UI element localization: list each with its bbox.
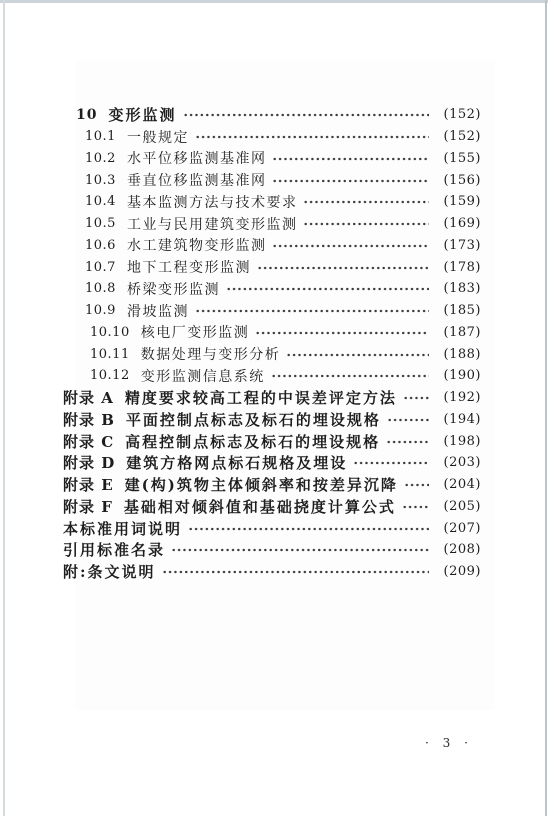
toc-entry: 本标准用词说明 (207) xyxy=(63,517,481,539)
dot-leader xyxy=(271,374,429,378)
toc-entry-title: 桥梁变形监测 xyxy=(127,279,220,299)
toc-entry-title: 精度要求较高工程的中误差评定方法 xyxy=(125,387,397,408)
toc-entry: 10.7 地下工程变形监测 (178) xyxy=(63,256,481,278)
toc-entry-page: (178) xyxy=(433,260,481,275)
toc-entry-number: 附录 F xyxy=(63,496,113,517)
toc-entry-number: 10.9 xyxy=(85,303,116,318)
toc-entry-page: (209) xyxy=(433,564,481,579)
toc-entry-number: 附录 C xyxy=(63,431,114,452)
toc-entry-page: (155) xyxy=(433,151,481,166)
toc-entry: 10.12 变形监测信息系统 (190) xyxy=(63,365,481,387)
toc-entry-title: 附:条文说明 xyxy=(63,561,156,582)
toc-entry: 10.8 桥梁变形监测 (183) xyxy=(63,278,481,300)
toc-entry-title: 建筑方格网点标石规格及埋设 xyxy=(126,452,347,473)
toc-entry-page: (173) xyxy=(433,238,481,253)
toc-entry: 10.2 水平位移监测基准网 (155) xyxy=(63,148,481,170)
toc-entry-page: (203) xyxy=(433,455,481,470)
toc-entry-number: 10.6 xyxy=(85,238,116,253)
toc-entry: 引用标准名录 (208) xyxy=(63,539,481,561)
dot-leader xyxy=(403,396,429,400)
toc-entry-number: 10.5 xyxy=(85,216,116,231)
toc-entry-number: 10.11 xyxy=(90,347,130,362)
toc-entry-page: (207) xyxy=(433,521,481,536)
toc-entry-title: 变形监测信息系统 xyxy=(141,366,265,386)
toc-entry: 10.1 一般规定 (152) xyxy=(63,126,481,148)
toc-entry-number: 10.7 xyxy=(85,260,116,275)
dot-leader xyxy=(226,287,429,291)
toc-entry-title: 水平位移监测基准网 xyxy=(127,148,267,168)
toc-entry: 10.3 垂直位移监测基准网 (156) xyxy=(63,169,481,191)
toc-entry-page: (169) xyxy=(433,216,481,231)
toc-entry: 10.10 核电厂变形监测 (187) xyxy=(63,322,481,344)
toc-entry: 附录 C 高程控制点标志及标石的埋设规格 (198) xyxy=(63,430,481,452)
dot-leader xyxy=(195,135,429,139)
toc-entry-page: (152) xyxy=(433,107,481,122)
toc-entry-title: 滑坡监测 xyxy=(127,301,189,321)
toc-entry: 附录 A 精度要求较高工程的中误差评定方法 (192) xyxy=(63,387,481,409)
toc-entry-number: 10 xyxy=(76,107,97,123)
toc-entry-number: 10.1 xyxy=(85,129,116,144)
toc-entry-title: 数据处理与变形分析 xyxy=(141,344,281,364)
toc-entry-number: 10.12 xyxy=(90,368,130,383)
toc-entry: 附:条文说明 (209) xyxy=(63,561,481,583)
dot-leader xyxy=(188,527,429,531)
toc-entry: 附录 E 建(构)筑物主体倾斜率和按差异沉降 (204) xyxy=(63,474,481,496)
toc-entry-number: 附录 A xyxy=(63,387,114,408)
dot-leader xyxy=(257,266,429,270)
toc-entry-title: 变形监测 xyxy=(108,104,176,125)
toc-entry: 10.9 滑坡监测 (185) xyxy=(63,300,481,322)
toc-entry: 10.5 工业与民用建筑变形监测 (169) xyxy=(63,213,481,235)
dot-leader xyxy=(402,505,429,509)
toc-entry-page: (185) xyxy=(433,303,481,318)
toc-entry-title: 基础相对倾斜值和基础挠度计算公式 xyxy=(124,496,396,517)
toc-entry-title: 建(构)筑物主体倾斜率和按差异沉降 xyxy=(125,474,398,495)
dot-leader xyxy=(272,179,429,183)
toc-entry-page: (152) xyxy=(433,129,481,144)
toc-entry: 10.6 水工建筑物变形监测 (173) xyxy=(63,235,481,257)
toc-entry-page: (187) xyxy=(433,325,481,340)
dot-leader xyxy=(162,570,429,574)
page-number: · 3 · xyxy=(423,736,475,750)
toc-entry-number: 10.3 xyxy=(85,173,116,188)
scan-edge-left xyxy=(3,0,5,816)
toc-entry: 10.11 数据处理与变形分析 (188) xyxy=(63,343,481,365)
toc-entry-title: 垂直位移监测基准网 xyxy=(127,170,267,190)
dot-leader xyxy=(353,461,429,465)
toc-entry-number: 附录 B xyxy=(63,409,115,430)
dot-leader xyxy=(303,222,429,226)
toc-entry-title: 基本监测方法与技术要求 xyxy=(127,192,298,212)
dot-leader xyxy=(404,483,429,487)
toc-entry-page: (156) xyxy=(433,173,481,188)
toc-entry-number: 10.4 xyxy=(85,194,116,209)
toc-entry-title: 引用标准名录 xyxy=(63,539,165,560)
toc-entry: 附录 F 基础相对倾斜值和基础挠度计算公式 (205) xyxy=(63,496,481,518)
dot-leader xyxy=(272,244,429,248)
dot-leader xyxy=(387,418,429,422)
toc-entry-number: 10.2 xyxy=(85,151,116,166)
toc-entry-page: (194) xyxy=(433,412,481,427)
scanned-document-page: 10 变形监测 (152) 10.1 一般规定 (152) 10.2 水平位移监… xyxy=(0,0,548,816)
dot-leader xyxy=(286,353,429,357)
toc-entry-title: 高程控制点标志及标石的埋设规格 xyxy=(125,431,380,452)
dot-leader xyxy=(183,113,430,117)
toc-entry-title: 本标准用词说明 xyxy=(63,518,182,539)
scan-edge-right xyxy=(545,0,547,816)
toc-entry-title: 工业与民用建筑变形监测 xyxy=(127,214,298,234)
toc-entry-page: (208) xyxy=(433,542,481,557)
toc-entry-number: 附录 D xyxy=(63,452,115,473)
dot-leader xyxy=(386,440,429,444)
toc-entry-title: 地下工程变形监测 xyxy=(127,257,251,277)
toc-entry: 附录 B 平面控制点标志及标石的埋设规格 (194) xyxy=(63,409,481,431)
toc-entry-page: (183) xyxy=(433,281,481,296)
toc-entry-page: (204) xyxy=(433,477,481,492)
toc-entry-page: (159) xyxy=(433,194,481,209)
toc-entry-page: (190) xyxy=(433,368,481,383)
dot-leader xyxy=(272,157,429,161)
toc-entry-number: 10.10 xyxy=(90,325,130,340)
toc-entry-title: 平面控制点标志及标石的埋设规格 xyxy=(126,409,381,430)
toc-entry-page: (205) xyxy=(433,499,481,514)
toc-entry-title: 核电厂变形监测 xyxy=(141,322,250,342)
toc-entry-title: 一般规定 xyxy=(127,127,189,147)
dot-leader xyxy=(303,200,429,204)
toc-entry-page: (188) xyxy=(433,347,481,362)
toc-entry-page: (198) xyxy=(433,434,481,449)
toc-entry: 附录 D 建筑方格网点标石规格及埋设 (203) xyxy=(63,452,481,474)
toc-entry-page: (192) xyxy=(433,390,481,405)
toc-entry-title: 水工建筑物变形监测 xyxy=(127,235,267,255)
dot-leader xyxy=(255,331,429,335)
table-of-contents: 10 变形监测 (152) 10.1 一般规定 (152) 10.2 水平位移监… xyxy=(63,104,481,583)
toc-entry: 10 变形监测 (152) xyxy=(63,104,481,126)
toc-entry-number: 10.8 xyxy=(85,281,116,296)
toc-entry-number: 附录 E xyxy=(63,474,114,495)
dot-leader xyxy=(171,548,429,552)
dot-leader xyxy=(195,309,429,313)
toc-entry: 10.4 基本监测方法与技术要求 (159) xyxy=(63,191,481,213)
scan-edge-top xyxy=(0,0,548,3)
